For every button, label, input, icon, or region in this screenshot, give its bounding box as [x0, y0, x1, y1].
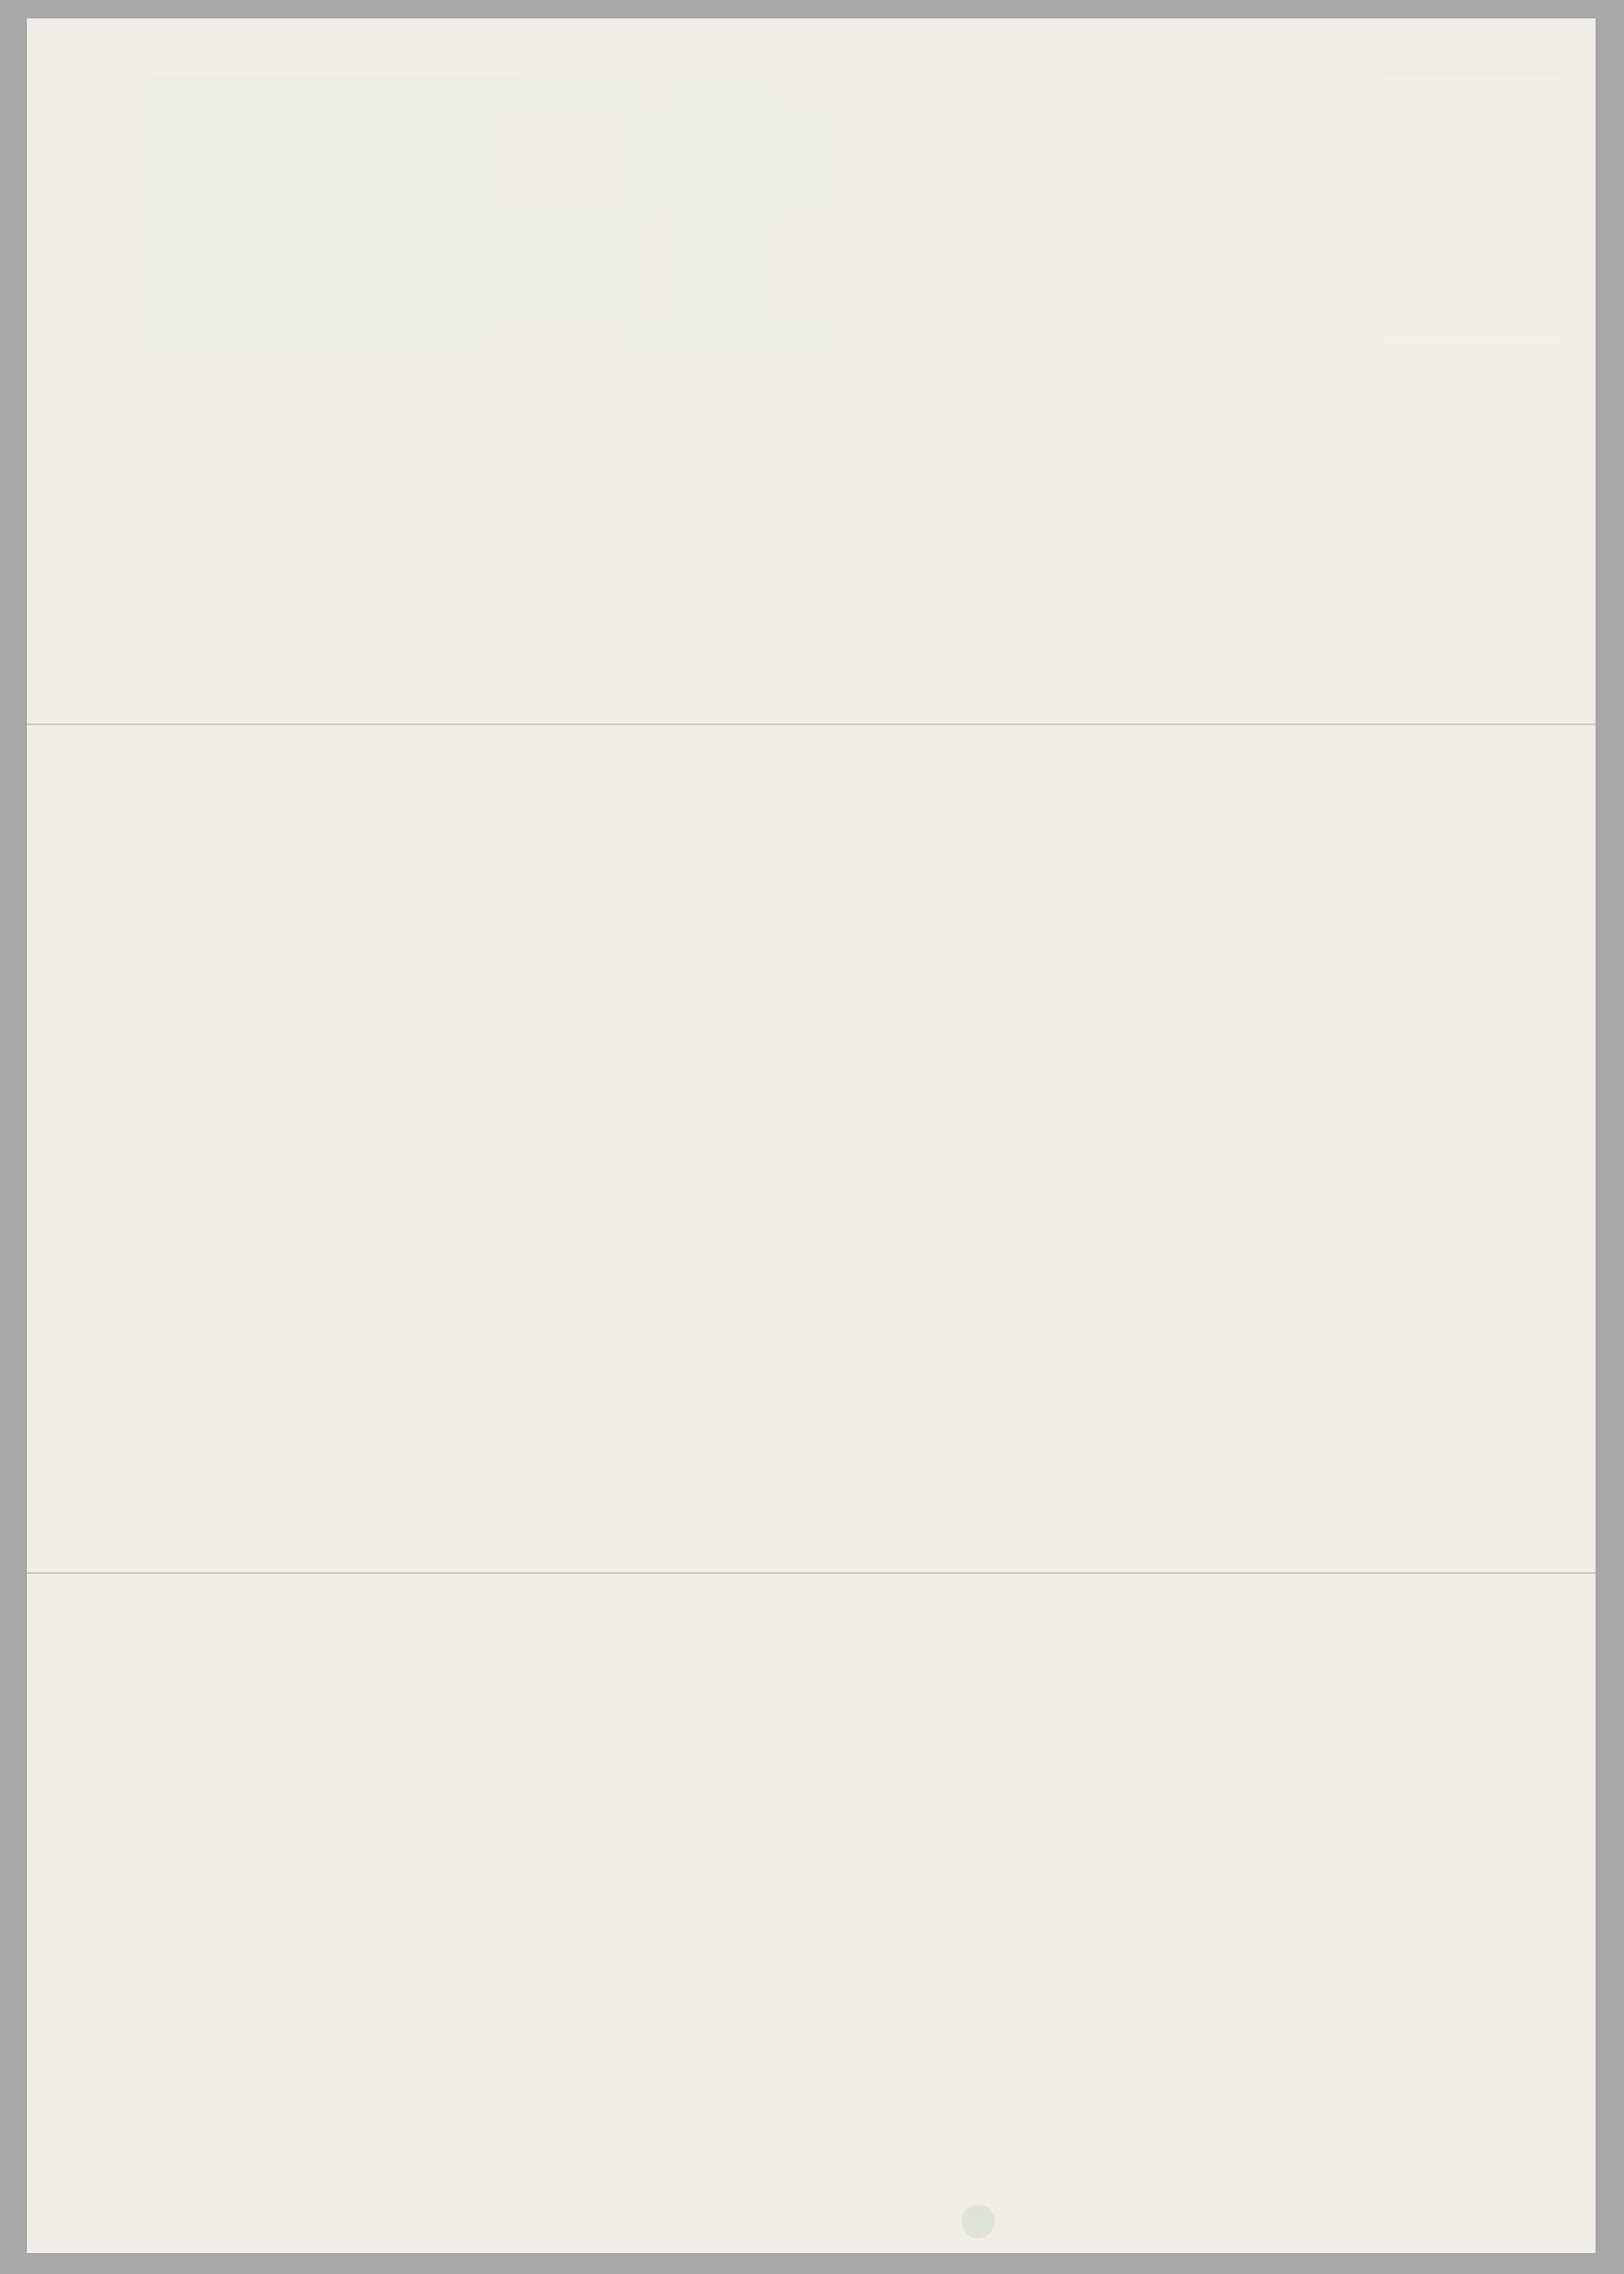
show-through-print — [144, 77, 1562, 344]
fold-line-lower — [27, 1572, 1596, 1574]
fold-line-upper — [27, 724, 1596, 725]
stain-mark — [961, 2205, 995, 2238]
paper-sheet — [27, 18, 1596, 2253]
